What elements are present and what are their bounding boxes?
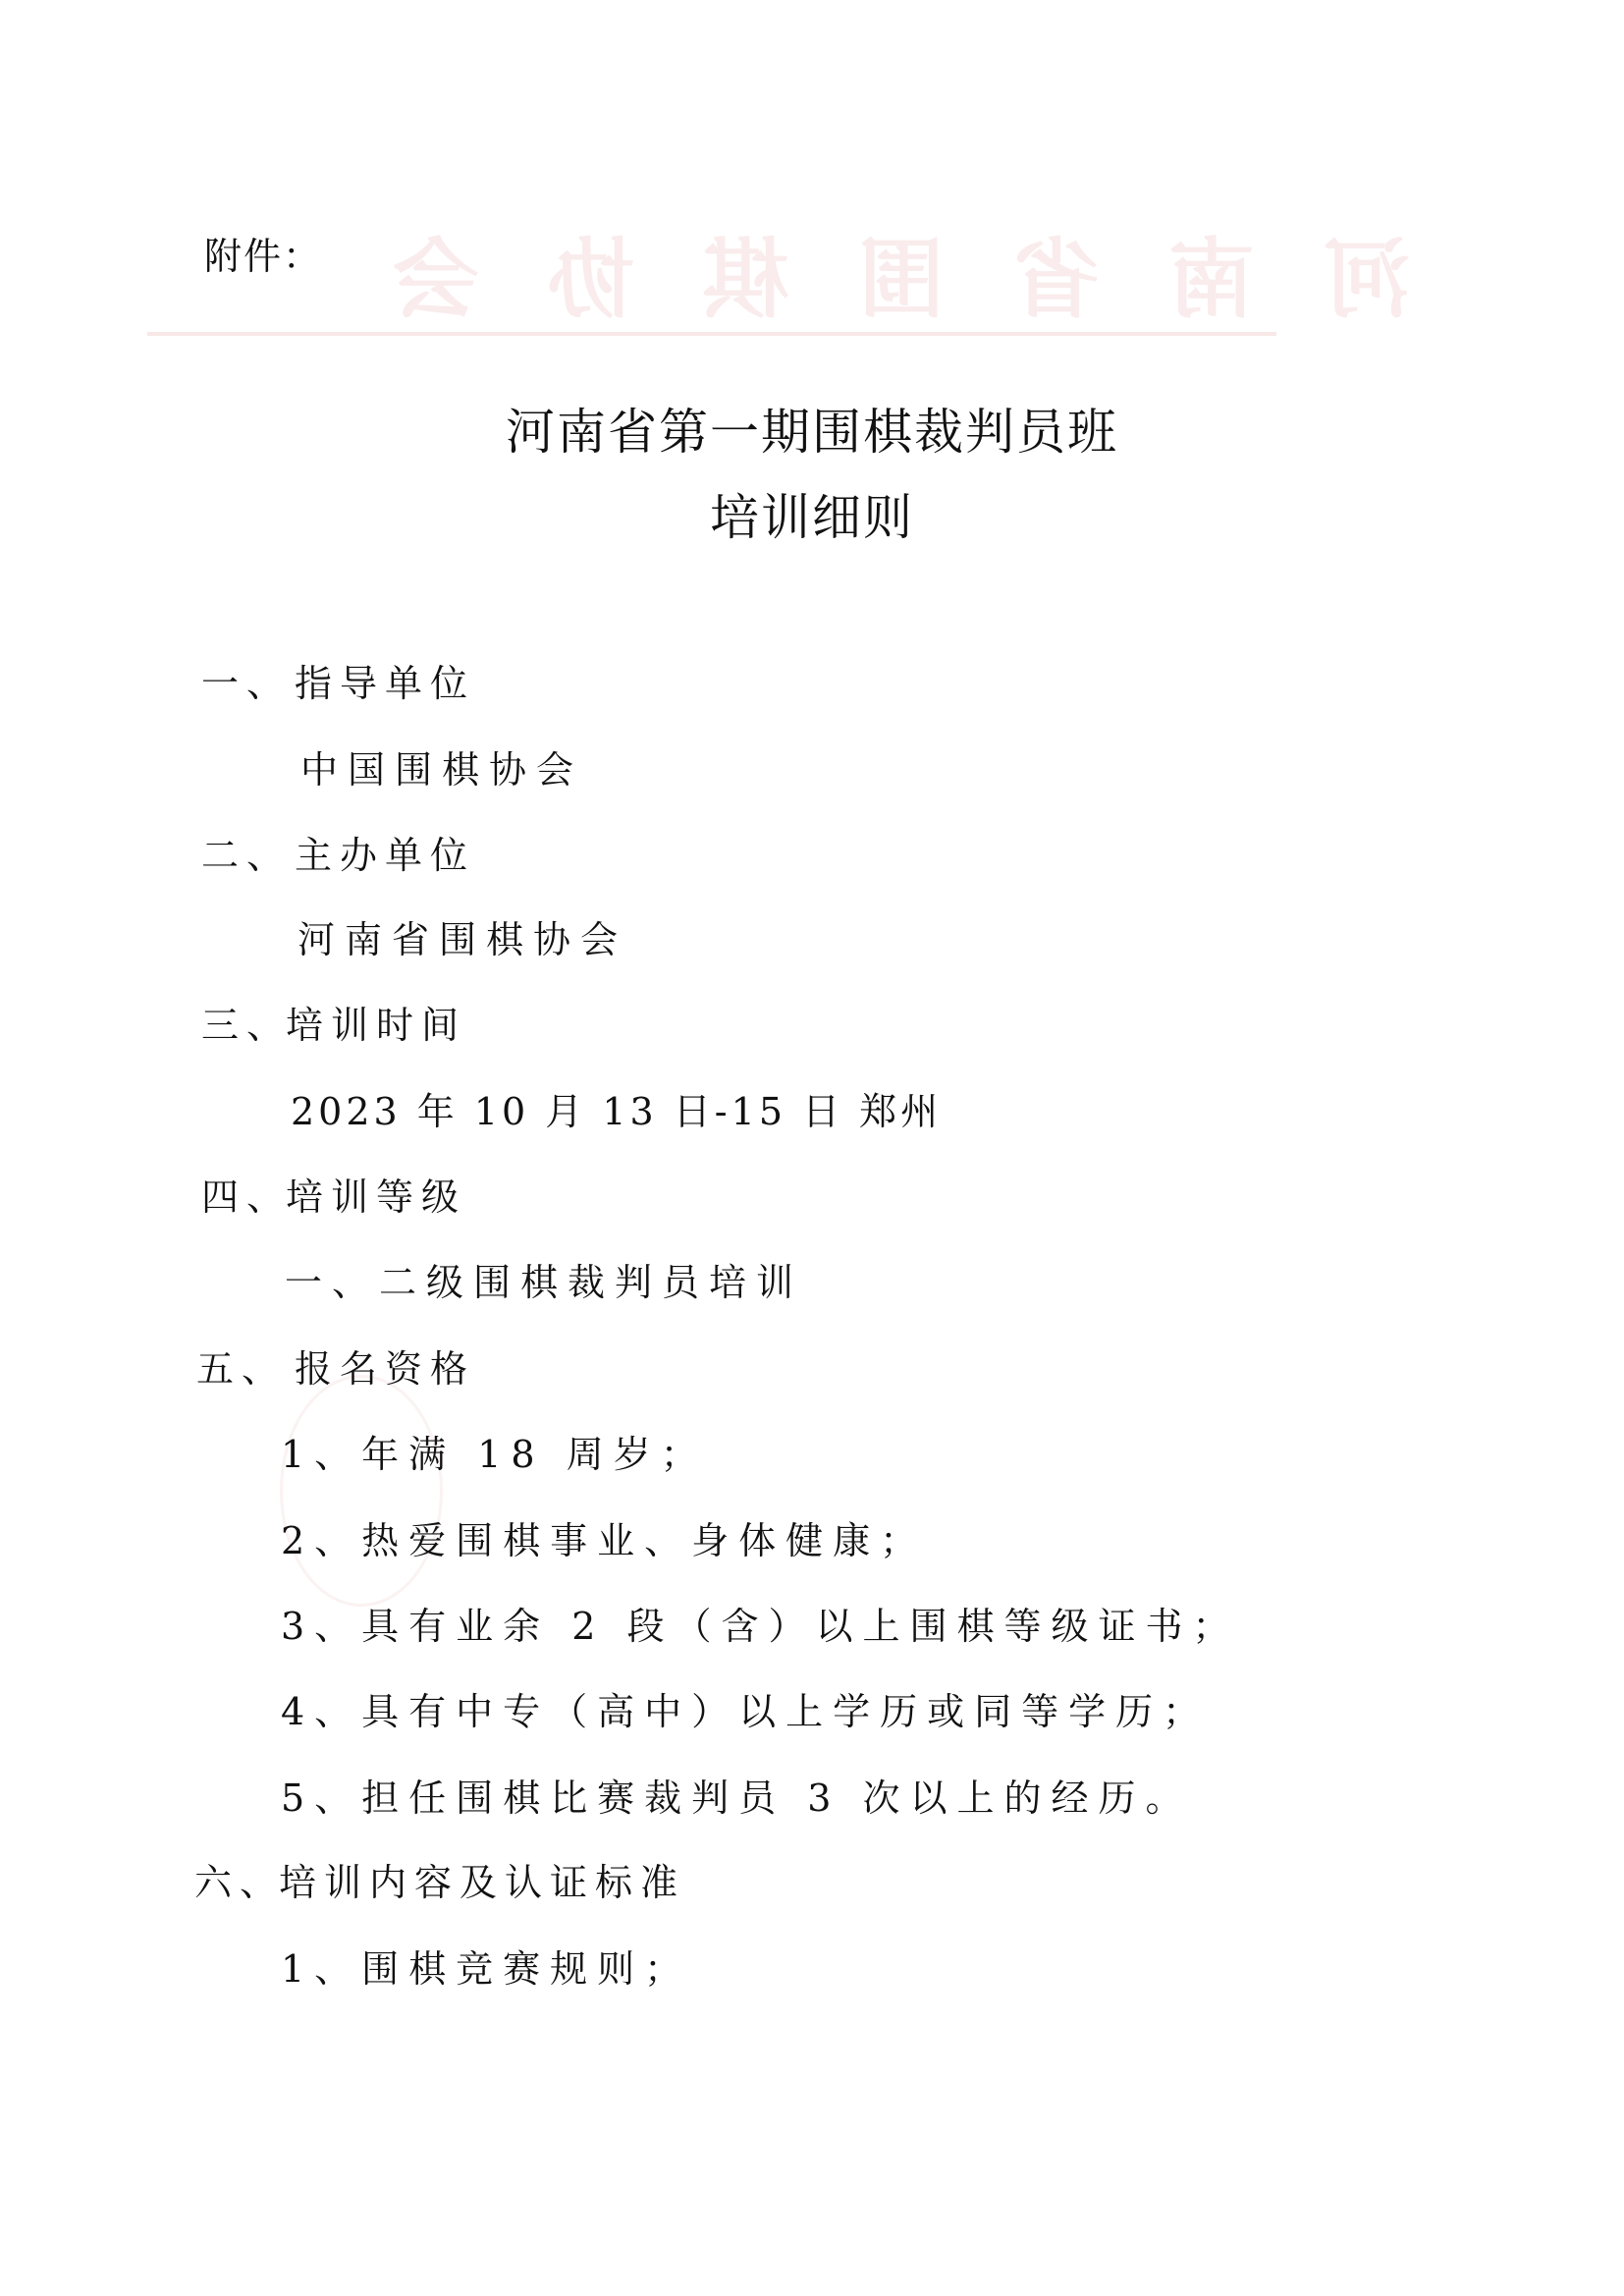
eligibility-item: 2、热爱围棋事业、身体健康； [281,1522,927,1559]
bleed-through-letterhead: 河南省围棋协会 [324,211,1410,335]
training-content-item: 1、围棋竞赛规则； [281,1950,691,1988]
section-heading-training-content: 六、培训内容及认证标准 [194,1864,685,1901]
section-number: 三、 [201,1007,286,1044]
section-title: 报名资格 [295,1347,475,1391]
section-number: 二、 [201,837,295,874]
section-number: 五、 [196,1350,295,1388]
eligibility-item: 1、年满 18 周岁； [281,1436,708,1473]
eligibility-item: 4、具有中专（高中）以上学历或同等学历； [281,1693,1210,1730]
section-item: 2023 年 10 月 13 日-15 日 郑州 [291,1093,942,1130]
section-number: 六、 [194,1864,279,1901]
section-title: 培训内容及认证标准 [279,1861,685,1904]
section-item: 河南省围棋协会 [298,921,627,958]
section-title: 指导单位 [295,662,475,705]
section-heading-training-time: 三、培训时间 [201,1007,466,1044]
section-item: 一、二级围棋裁判员培训 [285,1264,803,1301]
document-title-line2: 培训细则 [0,493,1624,542]
section-number: 一、 [201,665,295,702]
document-title-line1: 河南省第一期围棋裁判员班 [0,408,1624,457]
bleed-through-stamp [280,1375,443,1607]
section-heading-eligibility: 五、报名资格 [196,1350,475,1388]
section-title: 培训时间 [286,1004,466,1047]
eligibility-item: 3、具有业余 2 段（含）以上围棋等级证书； [281,1608,1240,1645]
section-heading-organizer: 二、主办单位 [201,837,475,874]
eligibility-item: 5、担任围棋比赛裁判员 3 次以上的经历。 [281,1779,1193,1817]
section-heading-training-level: 四、培训等级 [201,1178,466,1216]
section-title: 主办单位 [295,834,475,877]
section-number: 四、 [201,1178,286,1216]
section-item: 中国围棋协会 [300,751,583,789]
attachment-label: 附件： [204,238,322,275]
bleed-through-rule [147,332,1276,336]
section-title: 培训等级 [286,1175,466,1219]
section-heading-guidance-unit: 一、指导单位 [201,665,475,702]
